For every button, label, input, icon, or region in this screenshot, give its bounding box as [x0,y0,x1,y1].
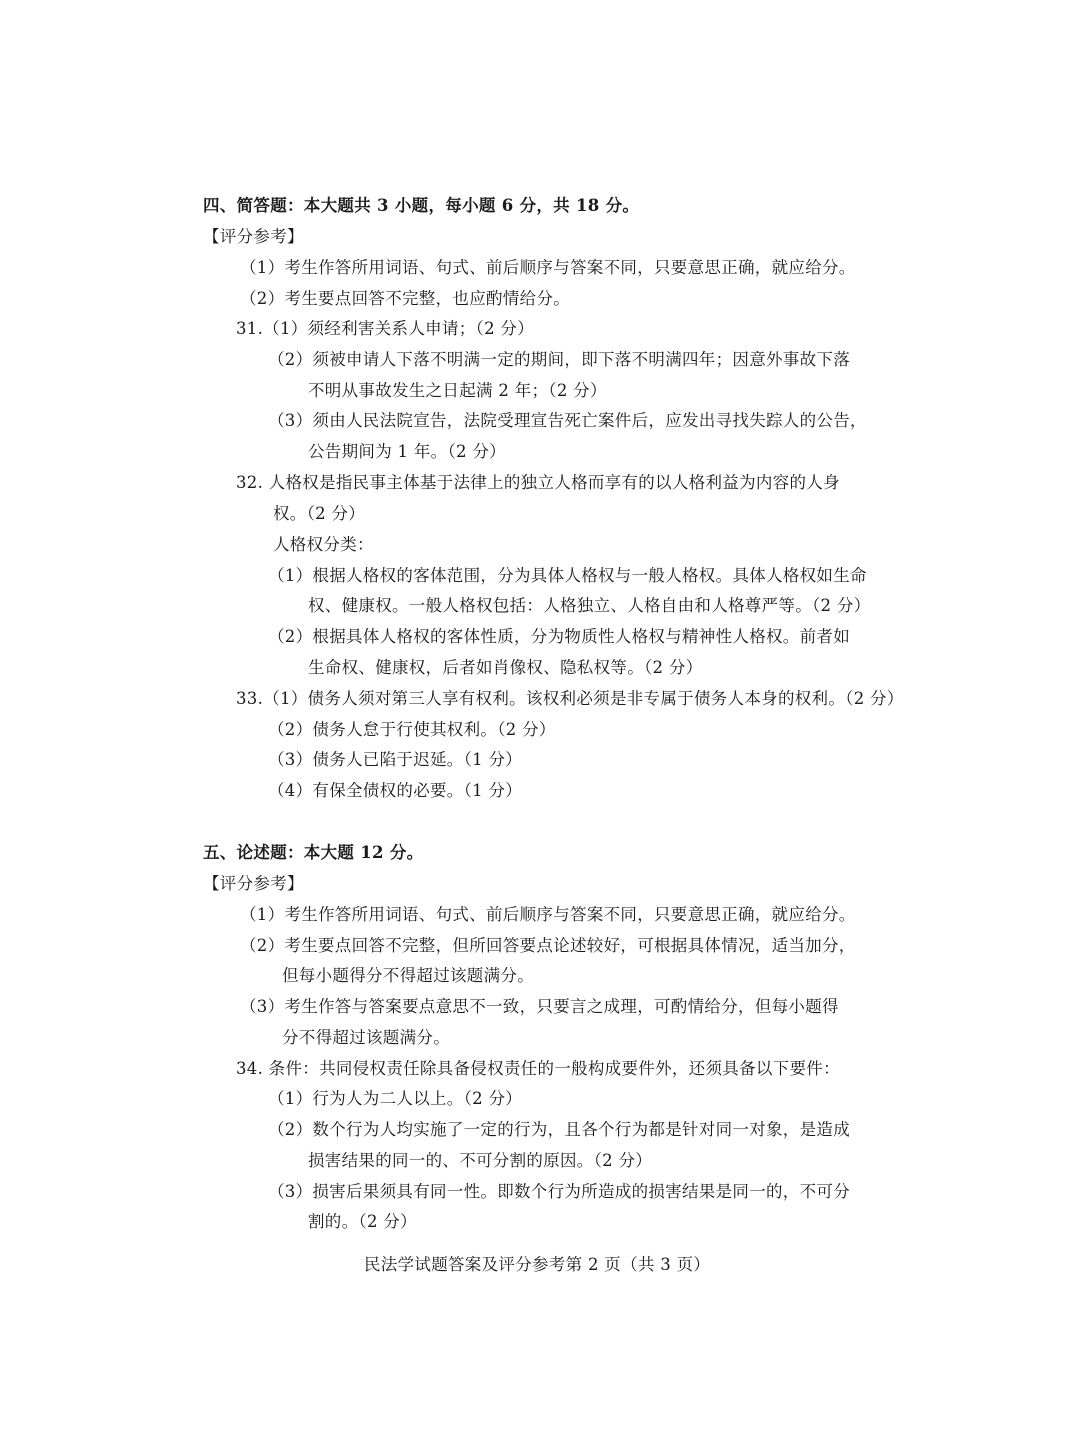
q32-item-1: （1）根据人格权的客体范围，分为具体人格权与一般人格权。具体人格权如生命 [268,566,867,586]
grading-reference-label-2: 【评分参考】 [203,874,304,894]
q33-item-1: 33.（1）债务人须对第三人享有权利。该权利必须是非专属于债务人本身的权利。（2… [236,689,904,709]
q32-item-1-cont: 权、健康权。一般人格权包括：人格独立、人格自由和人格尊严等。（2 分） [308,596,871,616]
essay-note-2-cont: 但每小题得分不得超过该题满分。 [282,966,534,986]
q34-item-1: （1）行为人为二人以上。（2 分） [268,1089,522,1109]
document-page: 四、简答题：本大题共 3 小题，每小题 6 分，共 18 分。 【评分参考】 （… [0,0,1080,1439]
q34-item-3: （3）损害后果须具有同一性。即数个行为所造成的损害结果是同一的，不可分 [268,1182,850,1202]
q33-item-4: （4）有保全债权的必要。（1 分） [268,781,522,801]
q34-item-2-cont: 损害结果的同一的、不可分割的原因。（2 分） [308,1151,652,1171]
q33-item-3: （3）债务人已陷于迟延。（1 分） [268,750,522,770]
grading-note-2: （2）考生要点回答不完整，也应酌情给分。 [240,289,570,309]
grading-note-1: （1）考生作答所用词语、句式、前后顺序与答案不同，只要意思正确，就应给分。 [240,258,856,278]
essay-note-3-cont: 分不得超过该题满分。 [282,1028,450,1048]
grading-reference-label: 【评分参考】 [203,227,304,247]
q32-item-2: （2）根据具体人格权的客体性质，分为物质性人格权与精神性人格权。前者如 [268,627,850,647]
q34-item-2: （2）数个行为人均实施了一定的行为，且各个行为都是针对同一对象，是造成 [268,1120,850,1140]
q34-conditions: 34. 条件：共同侵权责任除具备侵权责任的一般构成要件外，还须具备以下要件： [236,1059,840,1079]
q32-item-2-cont: 生命权、健康权，后者如肖像权、隐私权等。（2 分） [308,658,703,678]
q31-item-1: 31.（1）须经利害关系人申请；（2 分） [236,319,534,339]
q31-item-2-cont: 不明从事故发生之日起满 2 年；（2 分） [308,381,607,401]
q31-item-3-cont: 公告期间为 1 年。（2 分） [308,442,506,462]
q32-classification-label: 人格权分类： [273,535,374,555]
q31-item-2: （2）须被申请人下落不明满一定的期间，即下落不明满四年；因意外事故下落 [268,350,850,370]
q34-item-3-cont: 割的。（2 分） [308,1212,417,1232]
q32-definition-cont: 权。（2 分） [273,504,365,524]
q33-item-2: （2）债务人怠于行使其权利。（2 分） [268,720,556,740]
essay-note-2: （2）考生要点回答不完整，但所回答要点论述较好，可根据具体情况，适当加分， [240,936,856,956]
page-footer: 民法学试题答案及评分参考第 2 页（共 3 页） [364,1255,710,1275]
essay-note-1: （1）考生作答所用词语、句式、前后顺序与答案不同，只要意思正确，就应给分。 [240,905,856,925]
essay-note-3: （3）考生作答与答案要点意思不一致，只要言之成理，可酌情给分，但每小题得 [240,997,839,1017]
section-heading-short-answer: 四、简答题：本大题共 3 小题，每小题 6 分，共 18 分。 [203,196,639,216]
section-heading-essay: 五、论述题：本大题 12 分。 [203,843,423,863]
q31-item-3: （3）须由人民法院宣告，法院受理宣告死亡案件后，应发出寻找失踪人的公告， [268,411,867,431]
q32-definition: 32. 人格权是指民事主体基于法律上的独立人格而享有的以人格利益为内容的人身 [236,473,840,493]
